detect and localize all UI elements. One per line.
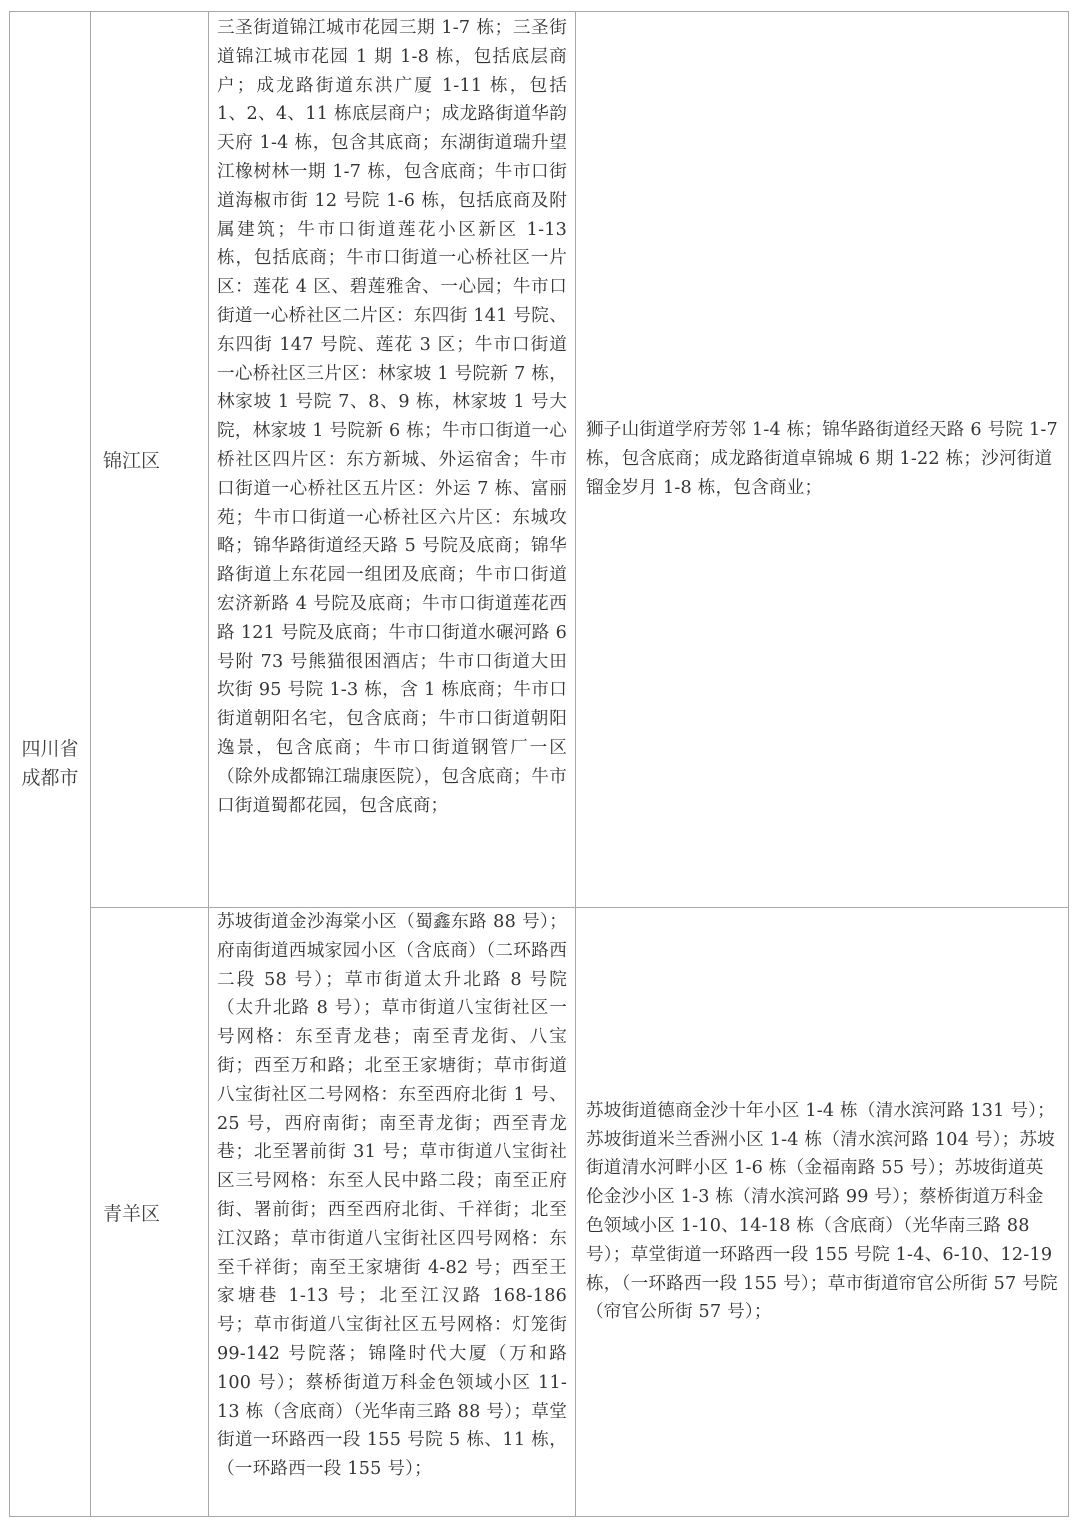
table-row-jinjiang: 四川省 成都市 锦江区 三圣街道锦江城市花园三期 1-7 栋；三圣街道锦江城市花… [10,12,1069,908]
city-label: 成都市 [18,764,82,793]
risk-area-table: 四川省 成都市 锦江区 三圣街道锦江城市花园三期 1-7 栋；三圣街道锦江城市花… [9,11,1069,1517]
province-city-cell: 四川省 成都市 [10,12,91,1517]
primary-areas-cell: 苏坡街道金沙海棠小区（蜀鑫东路 88 号）；府南街道西城家园小区（含底商）（二环… [209,908,576,1517]
district-cell: 锦江区 [91,12,209,908]
district-cell: 青羊区 [91,908,209,1517]
province-label: 四川省 [18,735,82,764]
table-row-qingyang: 青羊区 苏坡街道金沙海棠小区（蜀鑫东路 88 号）；府南街道西城家园小区（含底商… [10,908,1069,1517]
secondary-areas-cell: 狮子山街道学府芳邻 1-4 栋；锦华路街道经天路 6 号院 1-7 栋，包含底商… [576,12,1069,908]
secondary-areas-cell: 苏坡街道德商金沙十年小区 1-4 栋（清水滨河路 131 号）；苏坡街道米兰香洲… [576,908,1069,1517]
primary-areas-cell: 三圣街道锦江城市花园三期 1-7 栋；三圣街道锦江城市花园 1 期 1-8 栋，… [209,12,576,908]
